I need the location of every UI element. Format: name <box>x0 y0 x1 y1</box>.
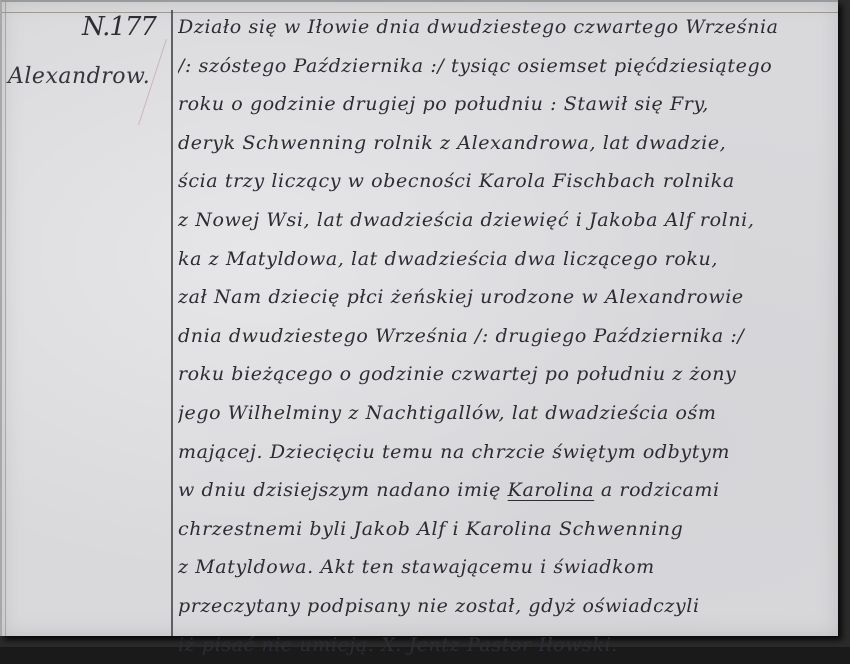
record-body: Działo się w Iłowie dnia dwudziestego cz… <box>178 8 828 647</box>
record-line: z Nowej Wsi, lat dwadzieścia dziewięć i … <box>178 201 828 240</box>
record-line: dnia dwudziestego Września /: drugiego P… <box>178 317 828 356</box>
record-line: /: szóstego Października :/ tysiąc osiem… <box>178 47 828 86</box>
left-margin: N.177 Alexandrow. <box>2 2 170 636</box>
place-name: Alexandrow. <box>8 64 150 89</box>
record-line: przeczytany podpisany nie został, gdyż o… <box>178 587 828 626</box>
child-name: Karolina <box>508 479 595 501</box>
record-line: ka z Matyldowa, lat dwadzieścia dwa licz… <box>178 240 828 279</box>
record-line-child-name: w dniu dzisiejszym nadano imię Karolina … <box>178 471 828 510</box>
entry-number: N.177 <box>82 12 156 42</box>
record-line: iż pisać nie umieją. X. Jentz Pastor Iło… <box>178 626 828 648</box>
line-text-after: a rodzicami <box>594 479 719 501</box>
record-line: mającej. Dziecięciu temu na chrzcie świę… <box>178 433 828 472</box>
register-page: N.177 Alexandrow. Działo się w Iłowie dn… <box>0 0 838 636</box>
record-line: roku bieżącego o godzinie czwartej po po… <box>178 355 828 394</box>
record-line: roku o godzinie drugiej po południu : St… <box>178 85 828 124</box>
record-line: z Matyldowa. Akt ten stawającemu i świad… <box>178 548 828 587</box>
record-line: deryk Schwenning rolnik z Alexandrowa, l… <box>178 124 828 163</box>
record-line: jego Wilhelminy z Nachtigallów, lat dwad… <box>178 394 828 433</box>
record-line: zał Nam dziecię płci żeńskiej urodzone w… <box>178 278 828 317</box>
margin-rule <box>171 10 173 636</box>
record-line: Działo się w Iłowie dnia dwudziestego cz… <box>178 8 828 47</box>
line-text-before: w dniu dzisiejszym nadano imię <box>178 479 508 501</box>
record-line: ścia trzy liczący w obecności Karola Fis… <box>178 162 828 201</box>
record-line: chrzestnemi byli Jakob Alf i Karolina Sc… <box>178 510 828 549</box>
scan-frame: N.177 Alexandrow. Działo się w Iłowie dn… <box>0 0 850 647</box>
